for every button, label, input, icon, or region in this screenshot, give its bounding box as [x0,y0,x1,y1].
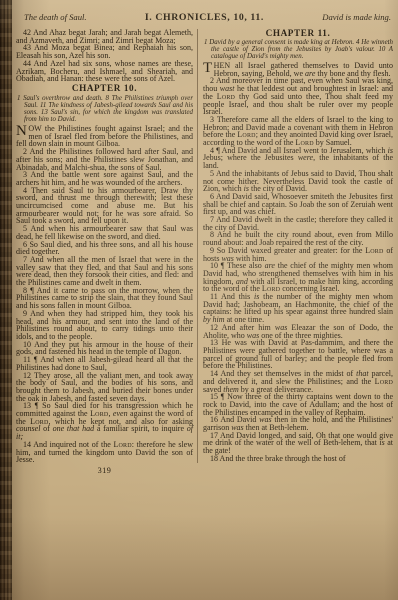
verse: THEN all Israel gathered themselves to D… [203,62,393,77]
verse: 44 And Azel had six sons, whose names ar… [16,60,193,83]
verse: 2 And moreover in time past, even when S… [203,77,393,116]
verse: 18 And the three brake through the host … [203,455,393,463]
verse: 10 And they put his armour in the house … [16,341,193,356]
verse: 4 ¶ And David and all Israel went to Jer… [203,147,393,170]
running-head-right: David is made king. [322,12,391,22]
book-spine-edge [0,0,12,600]
chapter-11-summary: 1 David by a general consent is made kin… [203,39,393,60]
verse: 42 And Ahaz begat Jarah; and Jarah begat… [16,29,193,44]
chapter-10-heading: CHAPTER 10. [16,85,193,93]
verse: 11 And this is the number of the mighty … [203,293,393,324]
verse: 14 And inquired not of the Lord: therefo… [16,441,193,464]
verse: 2 And the Philistines followed hard afte… [16,148,193,171]
left-column: 42 And Ahaz begat Jarah; and Jarah begat… [16,29,193,483]
verse: NOW the Philistines fought against Israe… [16,125,193,148]
chapter-10-summary: 1 Saul's overthrow and death. 8 The Phil… [16,95,193,123]
verse: 9 So David waxed greater and greater: fo… [203,247,393,262]
verse: 8 And he built the city round about, eve… [203,231,393,246]
verse: 14 And they set themselves in the midst … [203,370,393,393]
verse: 7 And when all the men of Israel that we… [16,256,193,287]
verse: 9 And when they had stripped him, they t… [16,310,193,341]
verse: 6 And David said, Whosoever smiteth the … [203,193,393,216]
verse: 13 He was with David at Pas-dammim, and … [203,339,393,370]
verse: 12 They arose, all the valiant men, and … [16,372,193,403]
verse: 11 ¶ And when all Jabesh-gilead heard al… [16,356,193,371]
verse: 13 ¶ So Saul died for his transgression … [16,402,193,441]
verse: 8 ¶ And it came to pass on the morrow, w… [16,287,193,310]
verse: 3 Therefore came all the elders of Israe… [203,116,393,147]
drop-cap-initial: N [16,125,28,138]
verse: 12 And after him was Eleazar the son of … [203,324,393,339]
scanned-bible-page: The death of Saul. I. CHRONICLES, 10, 11… [0,0,398,600]
verse: 43 And Moza begat Binea; and Rephaiah hi… [16,44,193,59]
verse: 6 So Saul died, and his three sons, and … [16,241,193,256]
verse: 10 ¶ These also are the chief of the mig… [203,262,393,293]
running-header: The death of Saul. I. CHRONICLES, 10, 11… [24,12,391,23]
chapter-11-heading: CHAPTER 11. [203,30,393,38]
page-number: 319 [16,467,193,475]
page-content: The death of Saul. I. CHRONICLES, 10, 11… [16,12,393,483]
verse: 7 And David dwelt in the castle; therefo… [203,216,393,231]
verse: 16 And David was then in the hold, and t… [203,416,393,431]
page-title: I. CHRONICLES, 10, 11. [145,12,264,23]
verse-text: OW the Philistines fought against Israel… [16,124,193,148]
verse-text: HEN all Israel gathered themselves to Da… [214,61,393,78]
text-columns: 42 And Ahaz begat Jarah; and Jarah begat… [16,29,393,483]
drop-cap-initial: T [203,62,214,75]
running-head-left: The death of Saul. [24,12,87,22]
verse: 4 Then said Saul to his armourbearer, Dr… [16,187,193,226]
verse: 17 And David longed, and said, Oh that o… [203,432,393,455]
verse: 15 ¶ Now three of the thirty captains we… [203,393,393,416]
verse: 3 And the battle went sore against Saul,… [16,171,193,186]
verse: 5 And the inhabitants of Jebus said to D… [203,170,393,193]
right-column: CHAPTER 11. 1 David by a general consent… [197,29,393,463]
verse: 5 And when his armourbearer saw that Sau… [16,225,193,240]
